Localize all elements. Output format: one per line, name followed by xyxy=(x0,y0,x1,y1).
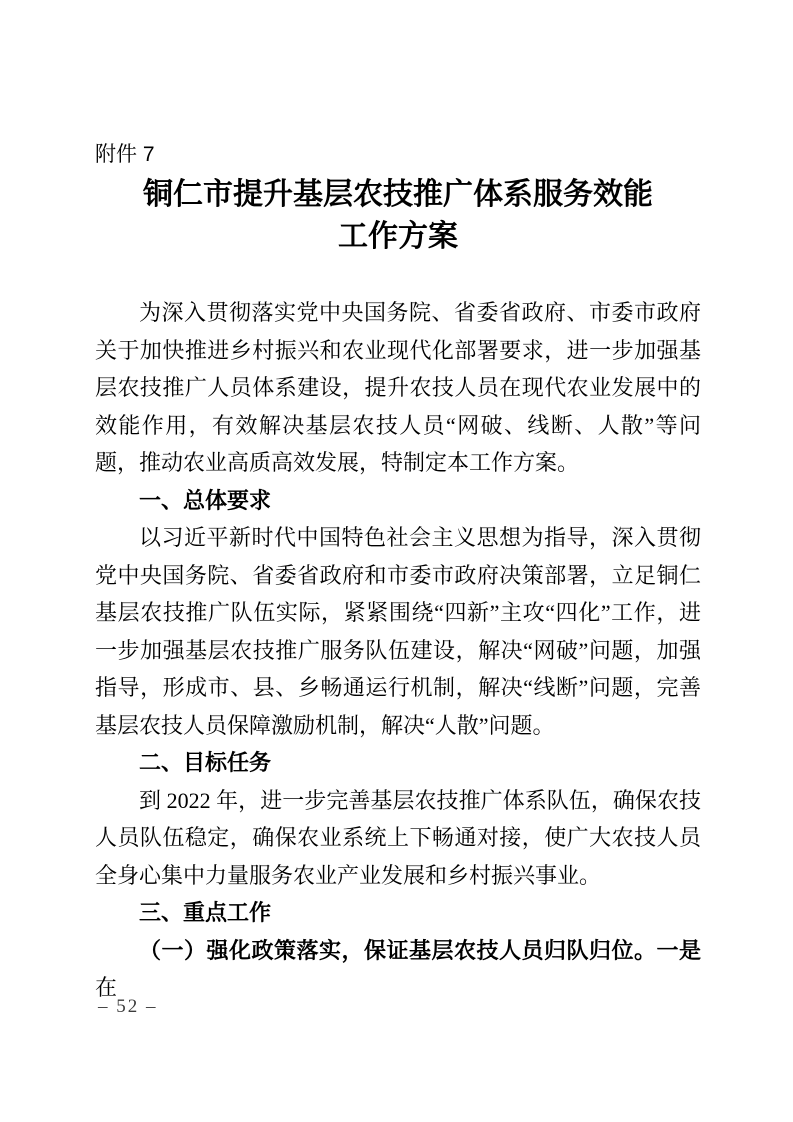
attachment-label: 附件 7 xyxy=(95,142,155,168)
document-title-line1: 铜仁市提升基层农技推广体系服务效能 xyxy=(95,174,701,216)
section-3-item-1-bold-lead: （一）强化政策落实，保证基层农技人员归队归位。一是 xyxy=(139,938,701,963)
section-3-item-1: （一）强化政策落实，保证基层农技人员归队归位。一是在 xyxy=(95,932,701,1007)
section-heading-3: 三、重点工作 xyxy=(95,894,701,932)
document-title-line2: 工作方案 xyxy=(95,216,701,258)
document-body: 为深入贯彻落实党中央国务院、省委省政府、市委市政府关于加快推进乡村振兴和农业现代… xyxy=(95,294,701,1007)
document-page: 附件 7 铜仁市提升基层农技推广体系服务效能 工作方案 为深入贯彻落实党中央国务… xyxy=(0,0,793,1122)
section-2-paragraph: 到 2022 年，进一步完善基层农技推广体系队伍，确保农技人员队伍稳定，确保农业… xyxy=(95,782,701,895)
document-title: 铜仁市提升基层农技推广体系服务效能 工作方案 xyxy=(95,174,701,258)
page-number: – 52 – xyxy=(98,995,158,1019)
section-heading-1: 一、总体要求 xyxy=(95,482,701,520)
intro-paragraph: 为深入贯彻落实党中央国务院、省委省政府、市委市政府关于加快推进乡村振兴和农业现代… xyxy=(95,294,701,482)
section-1-paragraph: 以习近平新时代中国特色社会主义思想为指导，深入贯彻党中央国务院、省委省政府和市委… xyxy=(95,519,701,744)
section-heading-2: 二、目标任务 xyxy=(95,744,701,782)
